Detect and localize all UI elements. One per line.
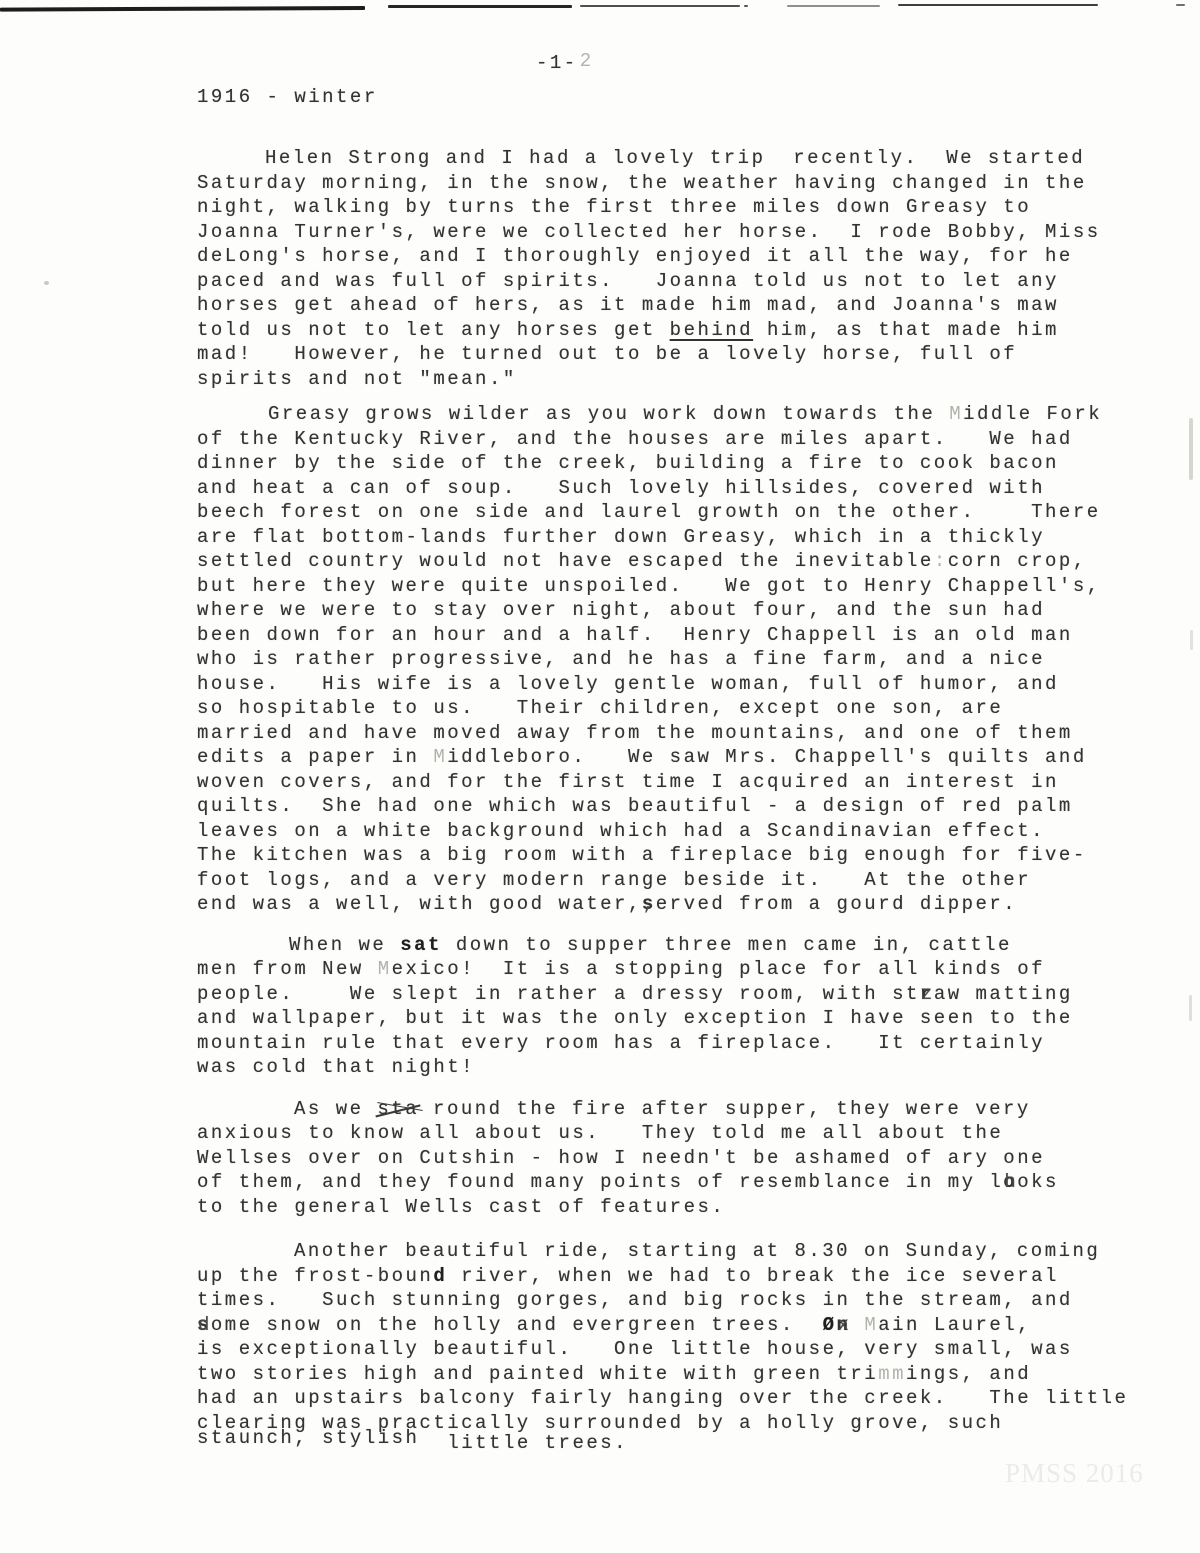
scan-artifact-line bbox=[0, 6, 365, 12]
text-line: As we sta round the fire after supper, t… bbox=[197, 1097, 1157, 1122]
overtyped-text: sat bbox=[400, 934, 442, 956]
text-line: people. We slept in rather a dressy room… bbox=[197, 982, 1157, 1007]
text-line: times. Such stunning gorges, and big roc… bbox=[197, 1288, 1157, 1313]
text-line: who is rather progressive, and he has a … bbox=[197, 647, 1157, 672]
text-line: of them, and they found many points of r… bbox=[197, 1170, 1157, 1195]
scan-artifact-line bbox=[580, 5, 740, 7]
paragraph: Helen Strong and I had a lovely trip rec… bbox=[197, 146, 1157, 391]
scan-artifact-mark bbox=[1189, 995, 1192, 1021]
text-line: Greasy grows wilder as you work down tow… bbox=[197, 402, 1157, 427]
text-line: Wellses over on Cutshin - how I needn't … bbox=[197, 1146, 1157, 1171]
document-page: -1-2 1916 - winter Helen Strong and I ha… bbox=[0, 0, 1200, 1553]
text-line: are flat bottom-lands further down Greas… bbox=[197, 525, 1157, 550]
faint-text: M bbox=[864, 1314, 878, 1336]
page-number-overtype: 2 bbox=[580, 50, 594, 72]
scan-artifact-line bbox=[1176, 4, 1185, 6]
offset-text: little trees. bbox=[447, 1432, 628, 1454]
overtyped-text: s, bbox=[642, 892, 656, 917]
overtyped-text: rz bbox=[920, 982, 934, 1007]
overtyped-text: sd bbox=[197, 1313, 211, 1338]
overtyped-text: Ø bbox=[823, 1314, 837, 1336]
paragraph: Greasy grows wilder as you work down tow… bbox=[197, 402, 1157, 917]
scan-artifact-line bbox=[744, 5, 748, 7]
text-line: mountain rule that every room has a fire… bbox=[197, 1031, 1157, 1056]
text-line: sdome snow on the holly and evergreen tr… bbox=[197, 1313, 1157, 1338]
text-line: of the Kentucky River, and the houses ar… bbox=[197, 427, 1157, 452]
underlined-text: behind bbox=[670, 319, 753, 341]
text-line: end was a well, with good water,s,erved … bbox=[197, 892, 1157, 917]
text-line: and heat a can of soup. Such lovely hill… bbox=[197, 476, 1157, 501]
text-line: had an upstairs balcony fairly hanging o… bbox=[197, 1386, 1157, 1411]
text-line: night, walking by turns the first three … bbox=[197, 195, 1157, 220]
text-line: and wallpaper, but it was the only excep… bbox=[197, 1006, 1157, 1031]
document-body: Helen Strong and I had a lovely trip rec… bbox=[197, 146, 1157, 1451]
text-line: house. His wife is a lovely gentle woman… bbox=[197, 672, 1157, 697]
text-line: where we were to stay over night, about … bbox=[197, 598, 1157, 623]
text-line: edits a paper in Middleboro. We saw Mrs.… bbox=[197, 745, 1157, 770]
text-line: but here they were quite unspoiled. We g… bbox=[197, 574, 1157, 599]
faint-text: M bbox=[949, 403, 963, 425]
text-line: men from New Mexico! It is a stopping pl… bbox=[197, 957, 1157, 982]
text-line: quilts. She had one which was beautiful … bbox=[197, 794, 1157, 819]
faint-text: M bbox=[433, 746, 447, 768]
paragraph: When we sat down to supper three men cam… bbox=[197, 933, 1157, 1080]
text-line: spirits and not "mean." bbox=[197, 367, 1157, 392]
overtyped-text: oh bbox=[1003, 1170, 1017, 1195]
page-number: -1-2 bbox=[536, 52, 594, 74]
text-line: been down for an hour and a half. Henry … bbox=[197, 623, 1157, 648]
text-line: told us not to let any horses get behind… bbox=[197, 318, 1157, 343]
text-line: to the general Wells cast of features. bbox=[197, 1195, 1157, 1220]
scan-artifact-line bbox=[388, 5, 572, 8]
struck-out-text: sta bbox=[377, 1097, 419, 1122]
text-line: settled country would not have escaped t… bbox=[197, 549, 1157, 574]
overtyped-text: nx bbox=[837, 1313, 851, 1338]
text-line: The kitchen was a big room with a firepl… bbox=[197, 843, 1157, 868]
text-line: anxious to know all about us. They told … bbox=[197, 1121, 1157, 1146]
paragraph: Another beautiful ride, starting at 8.30… bbox=[197, 1239, 1157, 1451]
watermark: PMSS 2016 bbox=[1005, 1458, 1144, 1489]
text-line: woven covers, and for the first time I a… bbox=[197, 770, 1157, 795]
text-line: Joanna Turner's, were we collected her h… bbox=[197, 220, 1157, 245]
text-line: is exceptionally beautiful. One little h… bbox=[197, 1337, 1157, 1362]
text-line: horses get ahead of hers, as it made him… bbox=[197, 293, 1157, 318]
text-line: married and have moved away from the mou… bbox=[197, 721, 1157, 746]
text-line: dinner by the side of the creek, buildin… bbox=[197, 451, 1157, 476]
text-line: Helen Strong and I had a lovely trip rec… bbox=[197, 146, 1157, 171]
text-line: up the frost-bound river, when we had to… bbox=[197, 1264, 1157, 1289]
text-line: beech forest on one side and laurel grow… bbox=[197, 500, 1157, 525]
scan-artifact-mark bbox=[1189, 418, 1193, 480]
faint-text: M bbox=[378, 958, 392, 980]
text-line: was cold that night! bbox=[197, 1055, 1157, 1080]
faint-text: mm bbox=[878, 1363, 906, 1385]
text-line: Another beautiful ride, starting at 8.30… bbox=[197, 1239, 1157, 1264]
text-line: so hospitable to us. Their children, exc… bbox=[197, 696, 1157, 721]
text-line: foot logs, and a very modern range besid… bbox=[197, 868, 1157, 893]
text-line: two stories high and painted white with … bbox=[197, 1362, 1157, 1387]
scan-artifact-line bbox=[787, 5, 880, 7]
text-line: When we sat down to supper three men cam… bbox=[197, 933, 1157, 958]
faint-text: : bbox=[934, 550, 948, 572]
paragraph: As we sta round the fire after supper, t… bbox=[197, 1097, 1157, 1220]
scan-artifact-mark bbox=[1190, 630, 1193, 650]
text-line: mad! However, he turned out to be a love… bbox=[197, 342, 1157, 367]
text-line: paced and was full of spirits. Joanna to… bbox=[197, 269, 1157, 294]
scan-artifact-line bbox=[898, 4, 1098, 6]
text-line: deLong's horse, and I thoroughly enjoyed… bbox=[197, 244, 1157, 269]
document-title: 1916 - winter bbox=[197, 86, 378, 108]
overtyped-text: d bbox=[433, 1265, 447, 1287]
scan-artifact-speck bbox=[44, 281, 49, 285]
text-line: leaves on a white background which had a… bbox=[197, 819, 1157, 844]
page-number-main: -1- bbox=[536, 52, 578, 74]
text-line: Saturday morning, in the snow, the weath… bbox=[197, 171, 1157, 196]
